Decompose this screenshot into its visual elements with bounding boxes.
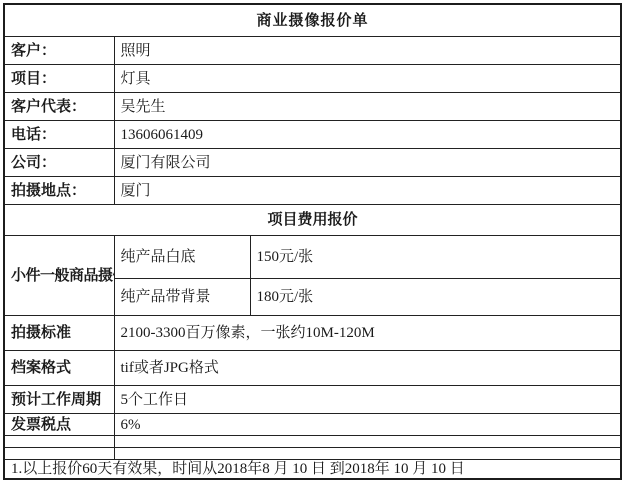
title-row: 商业摄像报价单	[4, 4, 621, 37]
table-row-price-1: 小件一般商品摄像 纯产品白底 150元/张	[4, 236, 621, 279]
work-period-value: 5个工作日	[114, 386, 621, 414]
invoice-tax-label: 发票税点	[4, 414, 114, 436]
price-item-name: 纯产品白底	[114, 236, 250, 279]
table-row-phone: 电话： 13606061409	[4, 121, 621, 149]
footer-row: 1.以上报价60天有效果，时间从2018年8 月 10 日 到2018年 10 …	[4, 460, 621, 480]
table-row-client-rep: 客户代表： 吴先生	[4, 93, 621, 121]
company-label: 公司：	[4, 149, 114, 177]
shoot-standard-label: 拍摄标准	[4, 316, 114, 351]
shoot-location-label: 拍摄地点：	[4, 177, 114, 205]
quotation-table: 商业摄像报价单 客户： 照明 项目： 灯具 客户代表： 吴先生 电话： 1360…	[3, 3, 622, 480]
section-header: 项目费用报价	[4, 205, 621, 236]
file-format-label: 档案格式	[4, 351, 114, 386]
table-row-shoot-location: 拍摄地点： 厦门	[4, 177, 621, 205]
table-row-file-format: 档案格式 tif或者JPG格式	[4, 351, 621, 386]
empty-row	[4, 448, 621, 460]
client-label: 客户：	[4, 37, 114, 65]
empty-cell	[4, 448, 114, 460]
invoice-tax-value: 6%	[114, 414, 621, 436]
project-value: 灯具	[114, 65, 621, 93]
section-header-row: 项目费用报价	[4, 205, 621, 236]
table-row-client: 客户： 照明	[4, 37, 621, 65]
project-label: 项目：	[4, 65, 114, 93]
work-period-label: 预计工作周期	[4, 386, 114, 414]
empty-cell	[114, 436, 621, 448]
shoot-standard-value: 2100-3300百万像素，一张约10M-120M	[114, 316, 621, 351]
quotation-document: 商业摄像报价单 客户： 照明 项目： 灯具 客户代表： 吴先生 电话： 1360…	[0, 0, 626, 500]
pricing-category: 小件一般商品摄像	[4, 236, 114, 316]
table-row-company: 公司： 厦门有限公司	[4, 149, 621, 177]
empty-cell	[114, 448, 621, 460]
client-value: 照明	[114, 37, 621, 65]
price-item-value: 180元/张	[250, 279, 621, 316]
client-rep-label: 客户代表：	[4, 93, 114, 121]
price-item-value: 150元/张	[250, 236, 621, 279]
empty-row	[4, 436, 621, 448]
table-row-project: 项目： 灯具	[4, 65, 621, 93]
empty-cell	[4, 436, 114, 448]
phone-value: 13606061409	[114, 121, 621, 149]
company-value: 厦门有限公司	[114, 149, 621, 177]
table-row-work-period: 预计工作周期 5个工作日	[4, 386, 621, 414]
client-rep-value: 吴先生	[114, 93, 621, 121]
file-format-value: tif或者JPG格式	[114, 351, 621, 386]
price-item-name: 纯产品带背景	[114, 279, 250, 316]
table-row-shoot-standard: 拍摄标准 2100-3300百万像素，一张约10M-120M	[4, 316, 621, 351]
table-row-invoice-tax: 发票税点 6%	[4, 414, 621, 436]
footer-note: 1.以上报价60天有效果，时间从2018年8 月 10 日 到2018年 10 …	[4, 460, 621, 480]
phone-label: 电话：	[4, 121, 114, 149]
page-title: 商业摄像报价单	[4, 4, 621, 37]
shoot-location-value: 厦门	[114, 177, 621, 205]
